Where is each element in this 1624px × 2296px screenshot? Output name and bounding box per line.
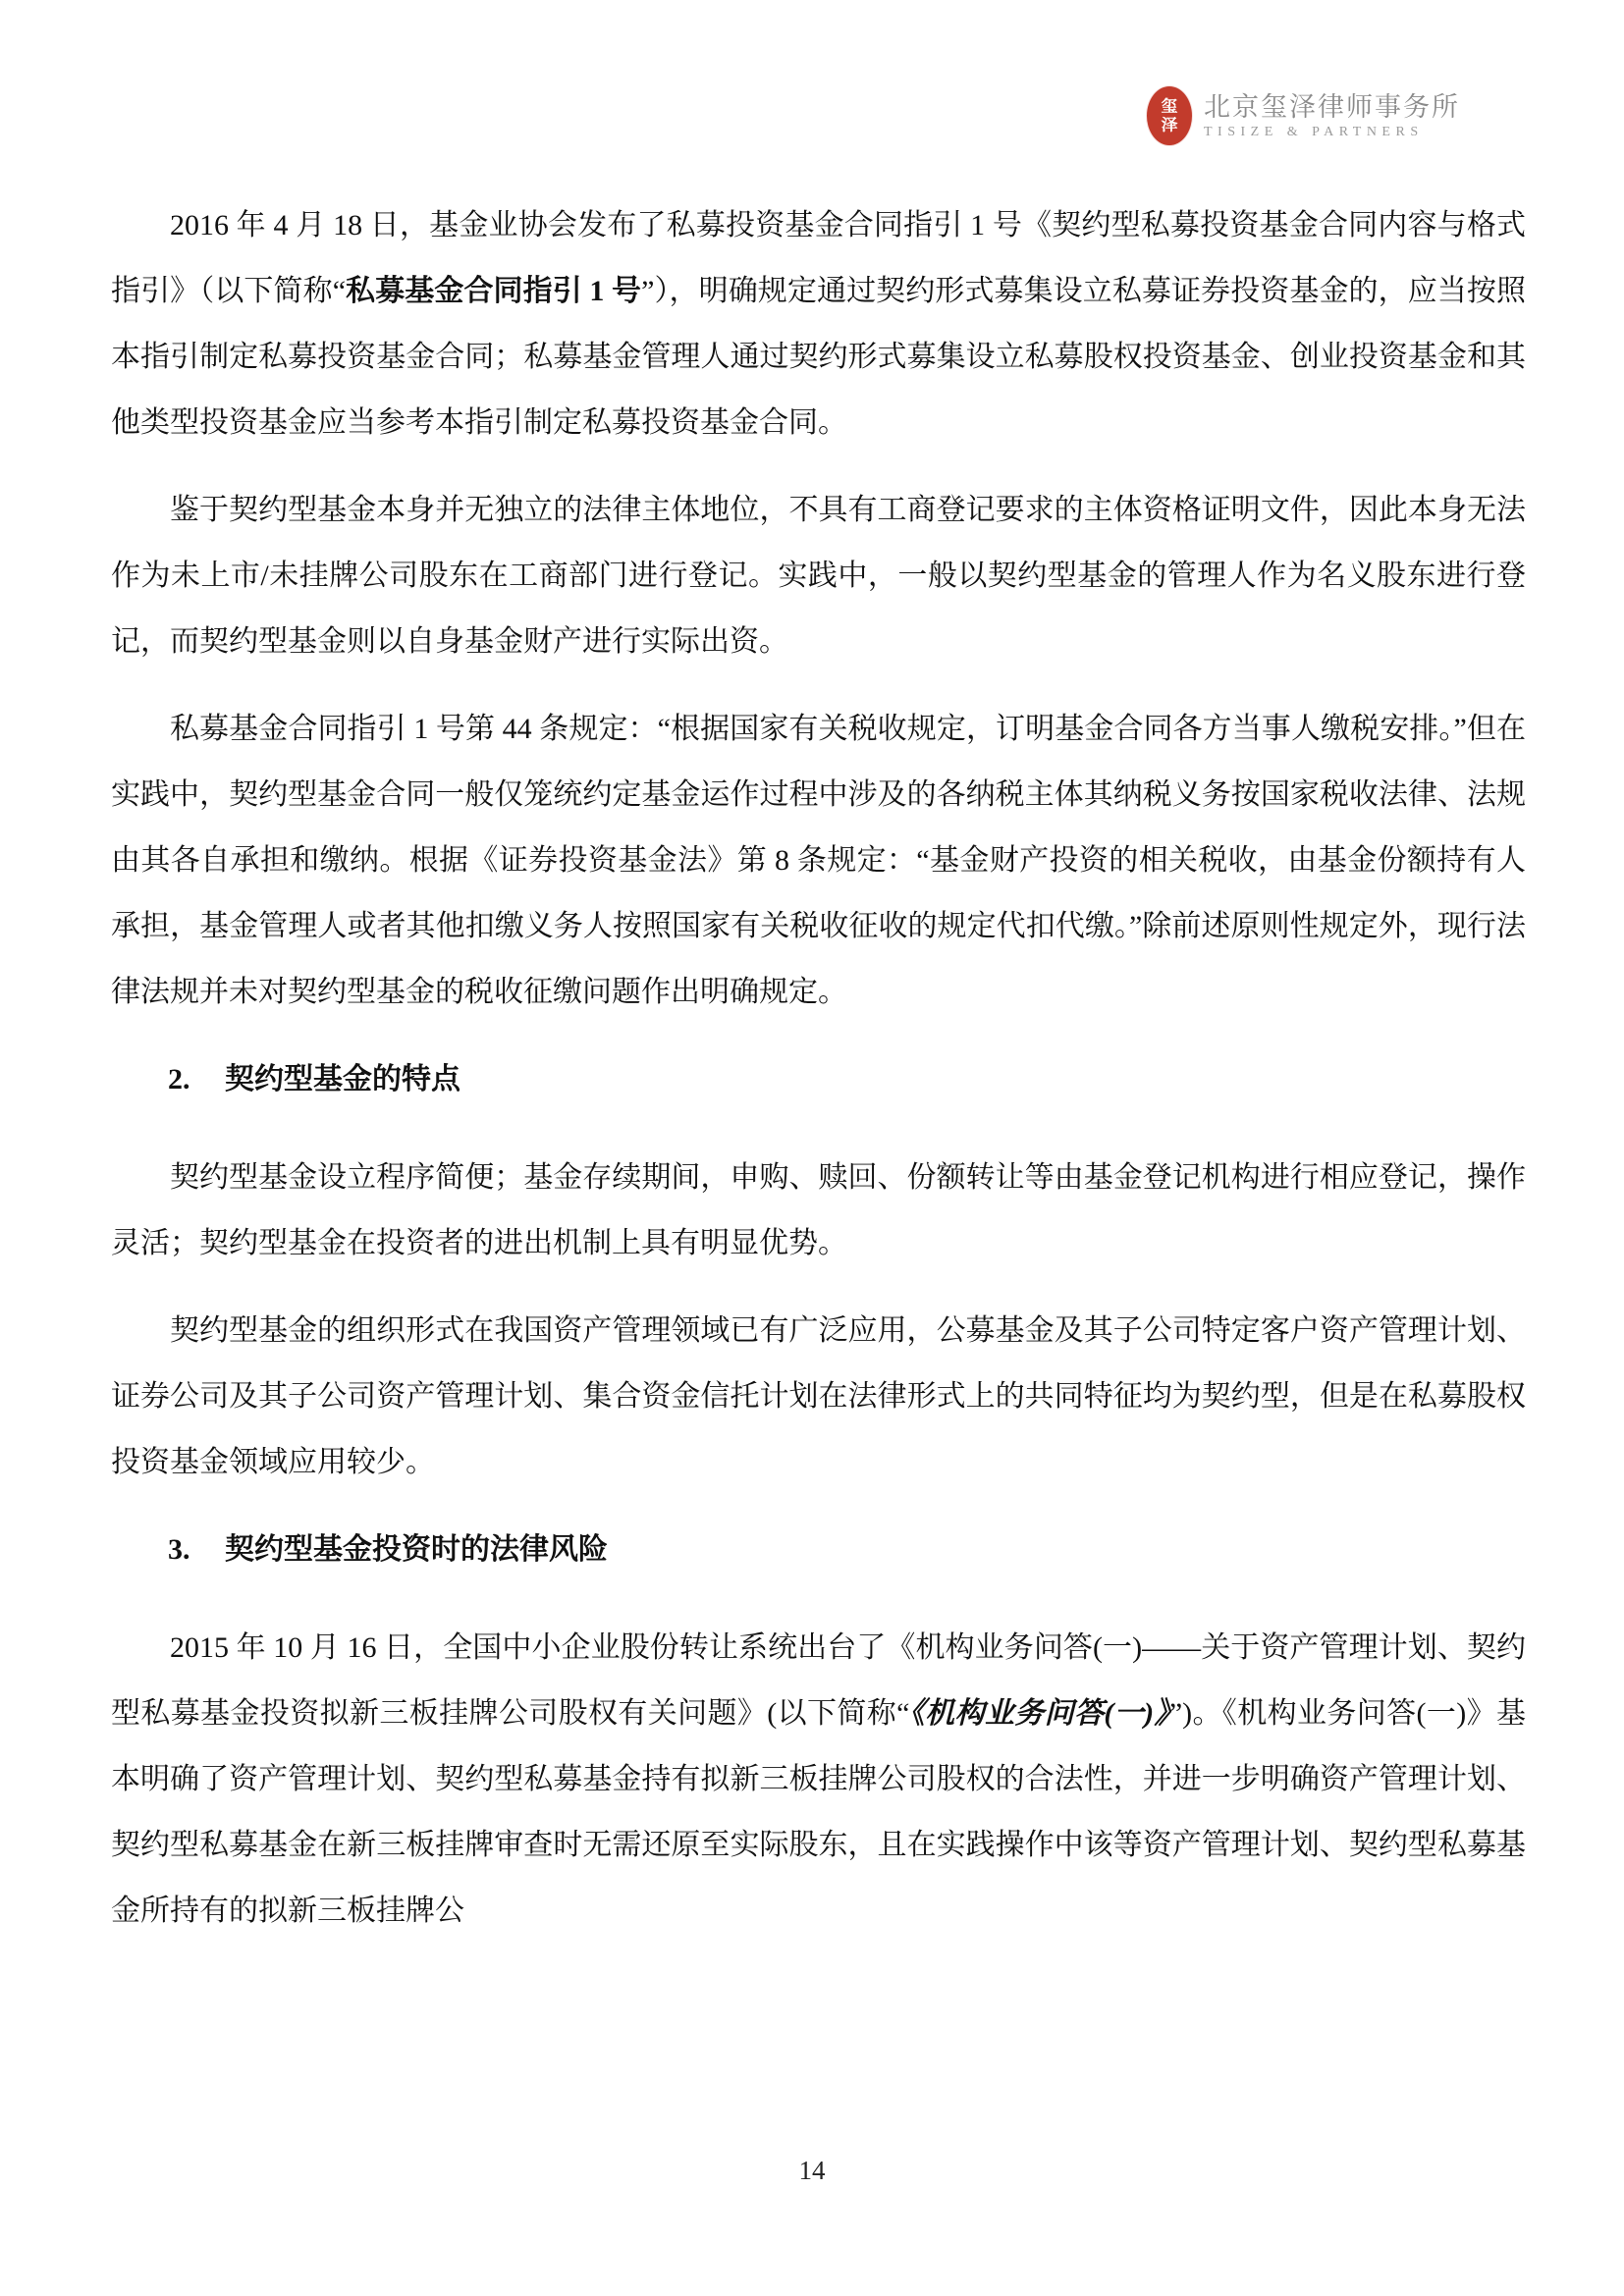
text-run: 私募基金合同指引 1 号第 44 条规定：“根据国家有关税收规定，订明基金合同各… <box>111 713 1526 1008</box>
firm-name-chinese: 北京玺泽律师事务所 <box>1204 92 1460 122</box>
firm-name-english: TISIZE & PARTNERS <box>1204 125 1460 140</box>
text-run: 鉴于契约型基金本身并无独立的法律主体地位，不具有工商登记要求的主体资格证明文件，… <box>111 494 1526 658</box>
paragraph: 2016 年 4 月 18 日，基金业协会发布了私募投资基金合同指引 1 号《契… <box>111 192 1526 455</box>
text-run: 契约型基金的组织形式在我国资产管理领域已有广泛应用，公募基金及其子公司特定客户资… <box>111 1314 1526 1478</box>
document-body: 2016 年 4 月 18 日，基金业协会发布了私募投资基金合同指引 1 号《契… <box>111 192 1526 1965</box>
firm-seal-icon: 玺 泽 <box>1147 86 1192 145</box>
emphasized-text-run: 《机构业务问答(一)》 <box>909 1697 1168 1730</box>
section-heading: 2.契约型基金的特点 <box>168 1060 1526 1099</box>
paragraph: 鉴于契约型基金本身并无独立的法律主体地位，不具有工商登记要求的主体资格证明文件，… <box>111 477 1526 674</box>
firm-names: 北京玺泽律师事务所 TISIZE & PARTNERS <box>1204 92 1460 140</box>
section-number: 2. <box>168 1060 225 1099</box>
paragraph: 契约型基金的组织形式在我国资产管理领域已有广泛应用，公募基金及其子公司特定客户资… <box>111 1298 1526 1495</box>
firm-logo: 玺 泽 北京玺泽律师事务所 TISIZE & PARTNERS <box>1147 86 1460 145</box>
section-number: 3. <box>168 1530 225 1570</box>
paragraph: 契约型基金设立程序简便；基金存续期间，申购、赎回、份额转让等由基金登记机构进行相… <box>111 1145 1526 1276</box>
text-run: 契约型基金设立程序简便；基金存续期间，申购、赎回、份额转让等由基金登记机构进行相… <box>111 1161 1526 1259</box>
paragraph: 2015 年 10 月 16 日，全国中小企业股份转让系统出台了《机构业务问答(… <box>111 1615 1526 1944</box>
document-page: 玺 泽 北京玺泽律师事务所 TISIZE & PARTNERS 2016 年 4… <box>0 0 1624 2296</box>
paragraph: 私募基金合同指引 1 号第 44 条规定：“根据国家有关税收规定，订明基金合同各… <box>111 696 1526 1025</box>
section-title: 契约型基金投资时的法律风险 <box>225 1530 1526 1570</box>
section-title: 契约型基金的特点 <box>225 1060 1526 1099</box>
emphasized-text-run: 私募基金合同指引 1 号 <box>346 275 641 307</box>
seal-char-top: 玺 <box>1162 97 1178 115</box>
text-run: ”)。《机构业务问答(一)》基本明确了资产管理计划、契约型私募基金持有拟新三板挂… <box>111 1697 1526 1927</box>
section-heading: 3.契约型基金投资时的法律风险 <box>168 1530 1526 1570</box>
seal-char-bottom: 泽 <box>1162 116 1178 133</box>
page-number: 14 <box>0 2156 1624 2186</box>
